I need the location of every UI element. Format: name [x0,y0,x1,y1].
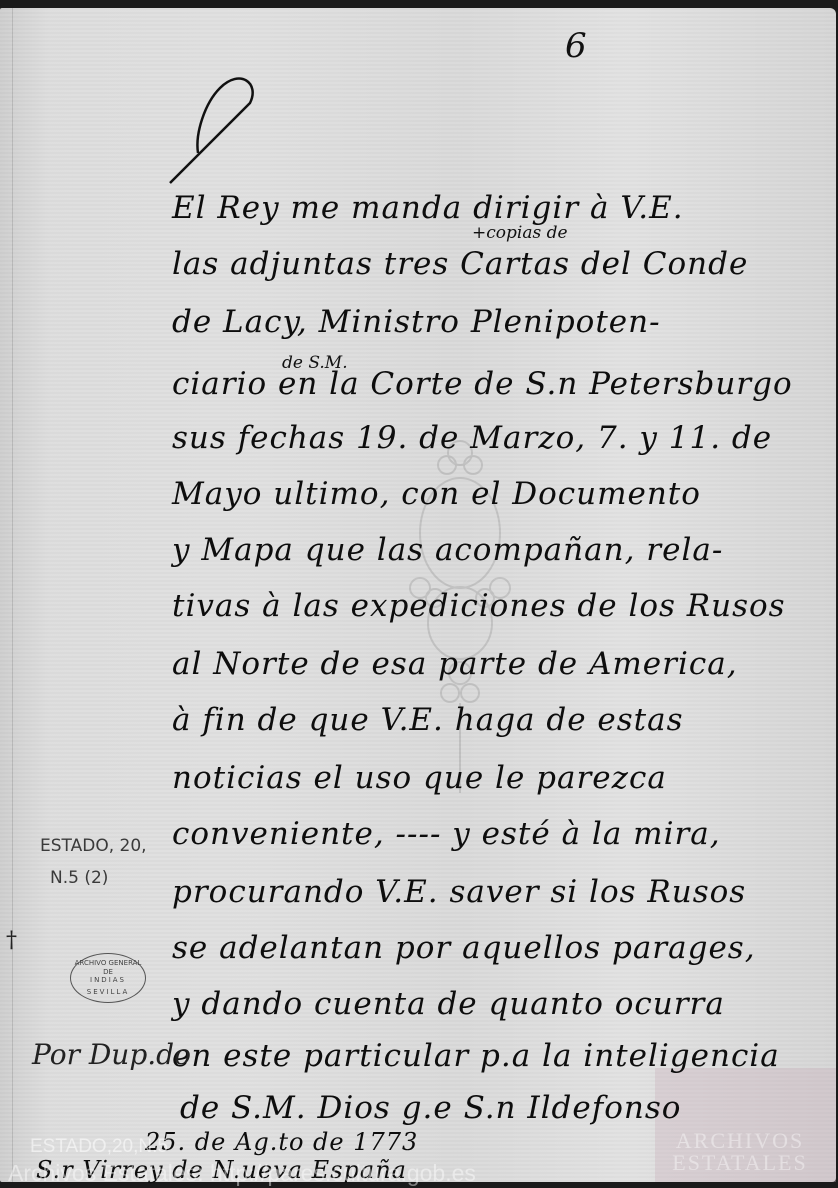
date-line: 25. de Ag.to de 1773 [145,1128,418,1156]
body-line: las adjuntas tres Cartas del Conde [172,246,748,282]
watermark-credit: Archivos Estatales: http://pares.cultura… [8,1160,476,1187]
folio-number: 6 [565,26,587,66]
body-line: noticias el uso que le parezca [172,760,667,796]
flourish-mark-icon [150,73,270,193]
document-page: 6 +copias de de S.M. El Rey me manda dir… [0,8,836,1182]
body-line: se adelantan por aquellos parages, [172,930,756,966]
body-line: en este particular p.a la inteligencia [172,1038,780,1074]
body-line: El Rey me manda dirigir à V.E. [172,190,684,226]
archive-reference: ESTADO, 20, [40,836,147,856]
body-line: sus fechas 19. de Marzo, 7. y 11. de [172,420,772,456]
logo-text: ARCHIVOS [660,1130,820,1152]
body-line: y dando cuenta de quanto ocurra [172,986,725,1022]
archivos-estatales-logo: ARCHIVOS ESTATALES [660,1130,820,1174]
archive-reference-number: N.5 (2) [50,868,108,888]
stamp-text: ARCHIVO GENERAL [71,959,145,968]
body-line: de Lacy, Ministro Plenipoten- [172,304,661,340]
margin-cross-mark: † [6,928,17,953]
body-line: y Mapa que las acompañan, rela- [172,532,723,568]
body-line: conveniente, ---- y esté à la mira, [172,816,721,852]
body-line: tivas à las expediciones de los Rusos [172,588,786,624]
body-line: ciario en la Corte de S.n Petersburgo [172,366,793,402]
body-line: à fin de que V.E. haga de estas [172,702,684,738]
interlinear-note: +copias de [472,223,568,243]
body-line: Mayo ultimo, con el Documento [172,476,701,512]
logo-text: ESTATALES [660,1152,820,1174]
body-line: procurando V.E. saver si los Rusos [172,874,746,910]
page-fold-line [12,8,13,1182]
watermark-reference: ESTADO,20,N.5 [30,1136,168,1158]
margin-note: Por Dup.do [32,1038,191,1071]
body-line: al Norte de esa parte de America, [172,646,738,682]
closing-line: de S.M. Dios g.e S.n Ildefonso [180,1090,681,1126]
stamp-text: INDIAS [71,976,145,985]
archive-stamp: ARCHIVO GENERAL DE INDIAS SEVILLA [70,953,146,1003]
stamp-text: SEVILLA [71,988,145,997]
